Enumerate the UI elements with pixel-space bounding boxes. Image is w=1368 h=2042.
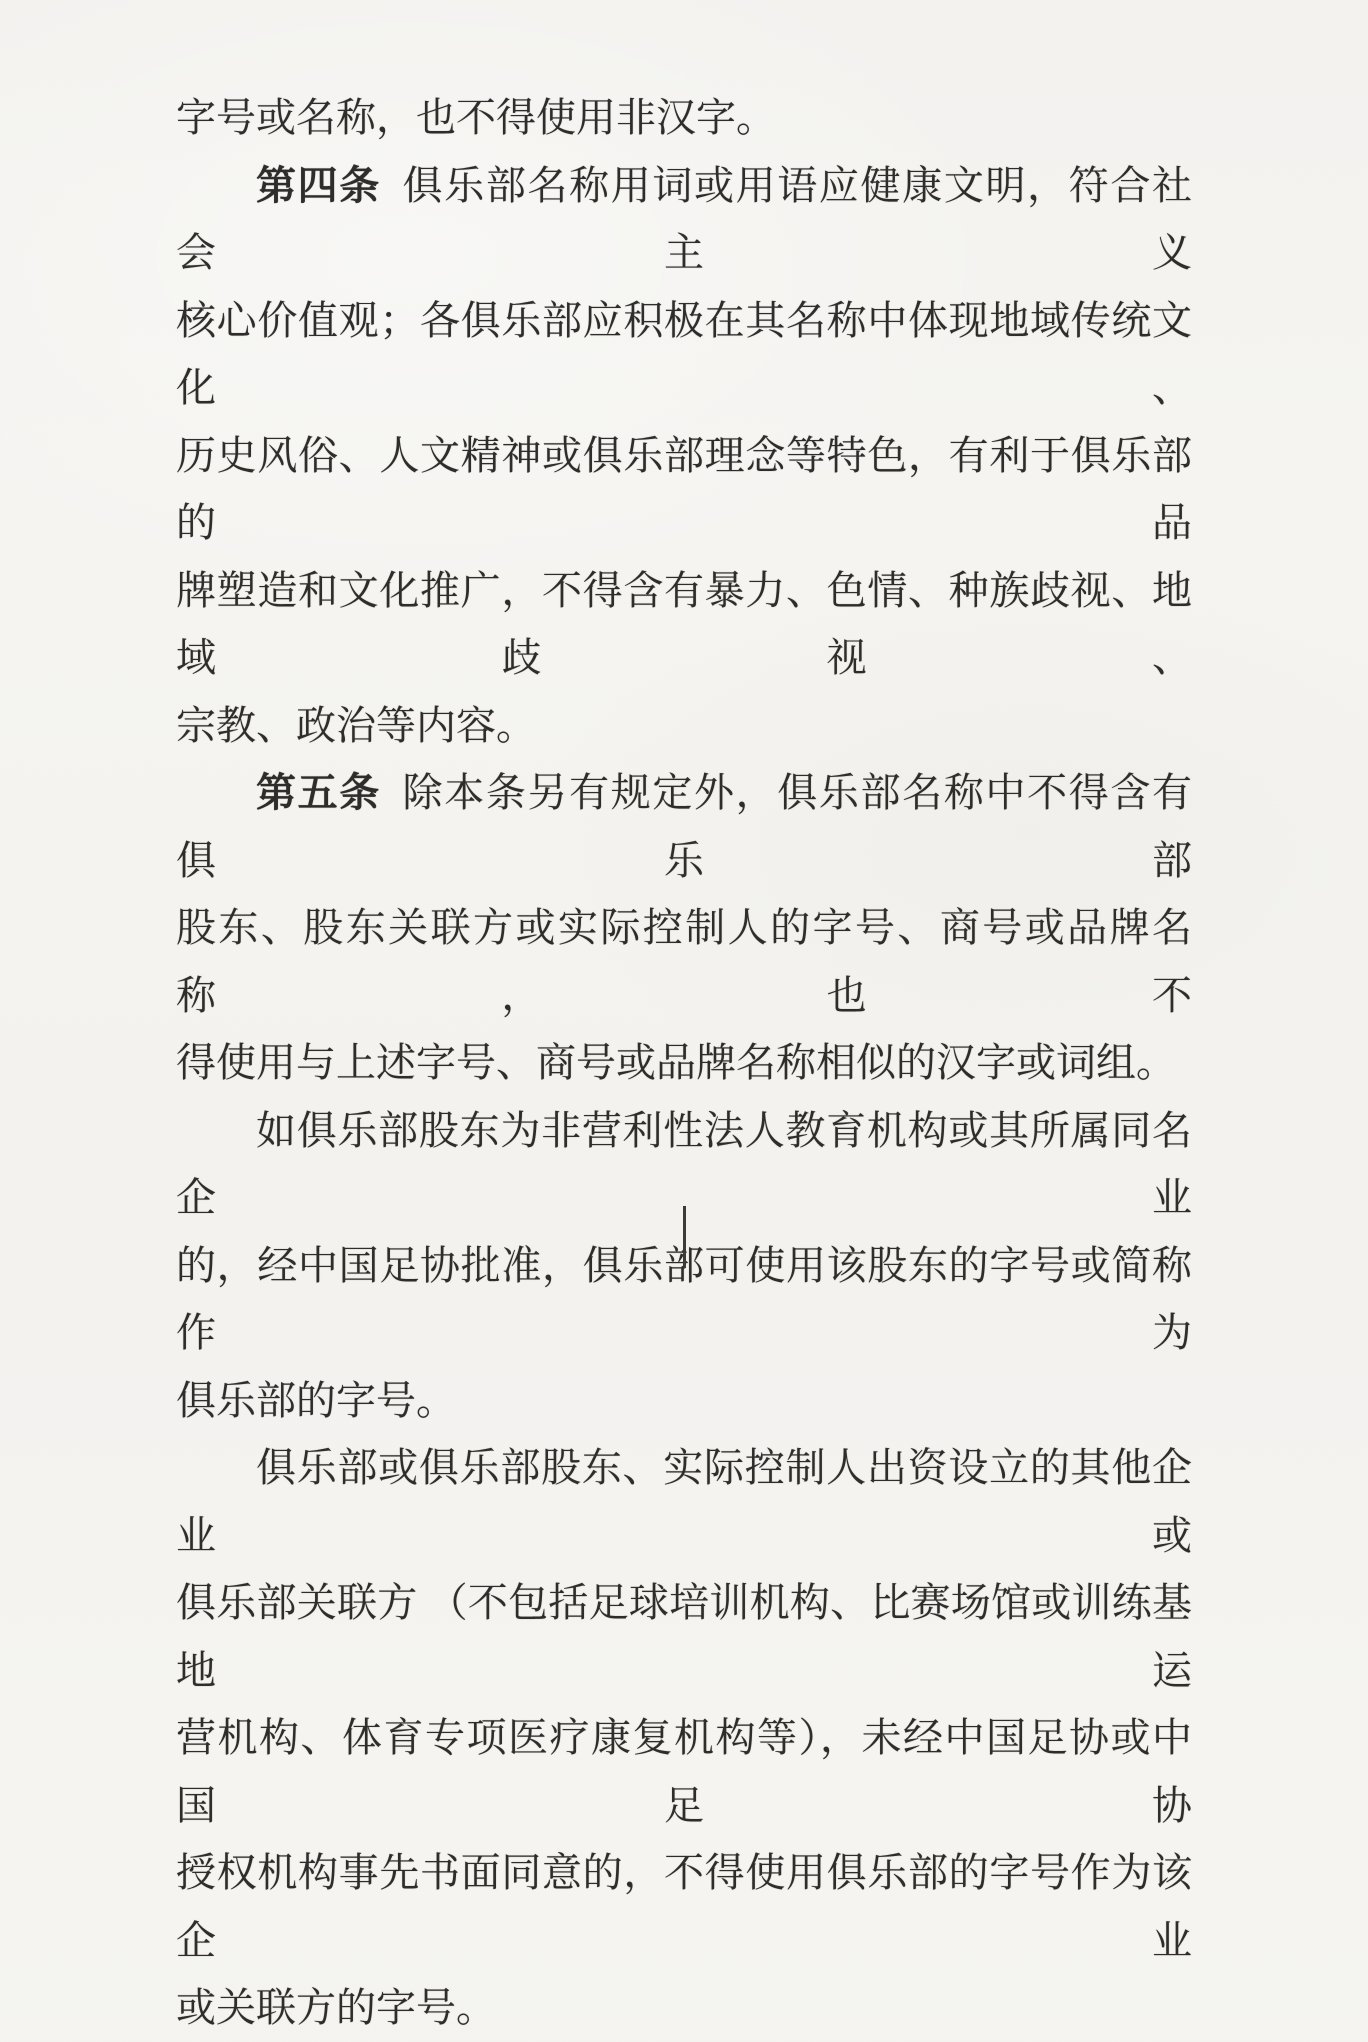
scanned-document-page: 字号或名称，也不得使用非汉字。第四条 俱乐部名称用词或用语应健康文明，符合社会主… bbox=[0, 0, 1368, 1280]
document-lines: 字号或名称，也不得使用非汉字。第四条 俱乐部名称用词或用语应健康文明，符合社会主… bbox=[176, 84, 1192, 1280]
text-line: 第四条 俱乐部名称用词或用语应健康文明，符合社会主义 bbox=[176, 152, 1192, 287]
article-number: 第五条 bbox=[256, 770, 381, 815]
article-number: 第四条 bbox=[256, 163, 381, 208]
text-line: 牌塑造和文化推广，不得含有暴力、色情、种族歧视、地域歧视、 bbox=[176, 557, 1192, 692]
text-line: 历史风俗、人文精神或俱乐部理念等特色，有利于俱乐部的品 bbox=[176, 422, 1192, 557]
text-line: 股东、股东关联方或实际控制人的字号、商号或品牌名称，也不 bbox=[176, 894, 1192, 1029]
text-line: 核心价值观；各俱乐部应积极在其名称中体现地域传统文化、 bbox=[176, 287, 1192, 422]
text-caret-mark bbox=[683, 1206, 686, 1268]
text-line: 得使用与上述字号、商号或品牌名称相似的汉字或词组。 bbox=[176, 1029, 1192, 1097]
text-line: 字号或名称，也不得使用非汉字。 bbox=[176, 84, 1192, 152]
text-line: 宗教、政治等内容。 bbox=[176, 692, 1192, 760]
text-line: 第五条 除本条另有规定外，俱乐部名称中不得含有俱乐部 bbox=[176, 759, 1192, 894]
